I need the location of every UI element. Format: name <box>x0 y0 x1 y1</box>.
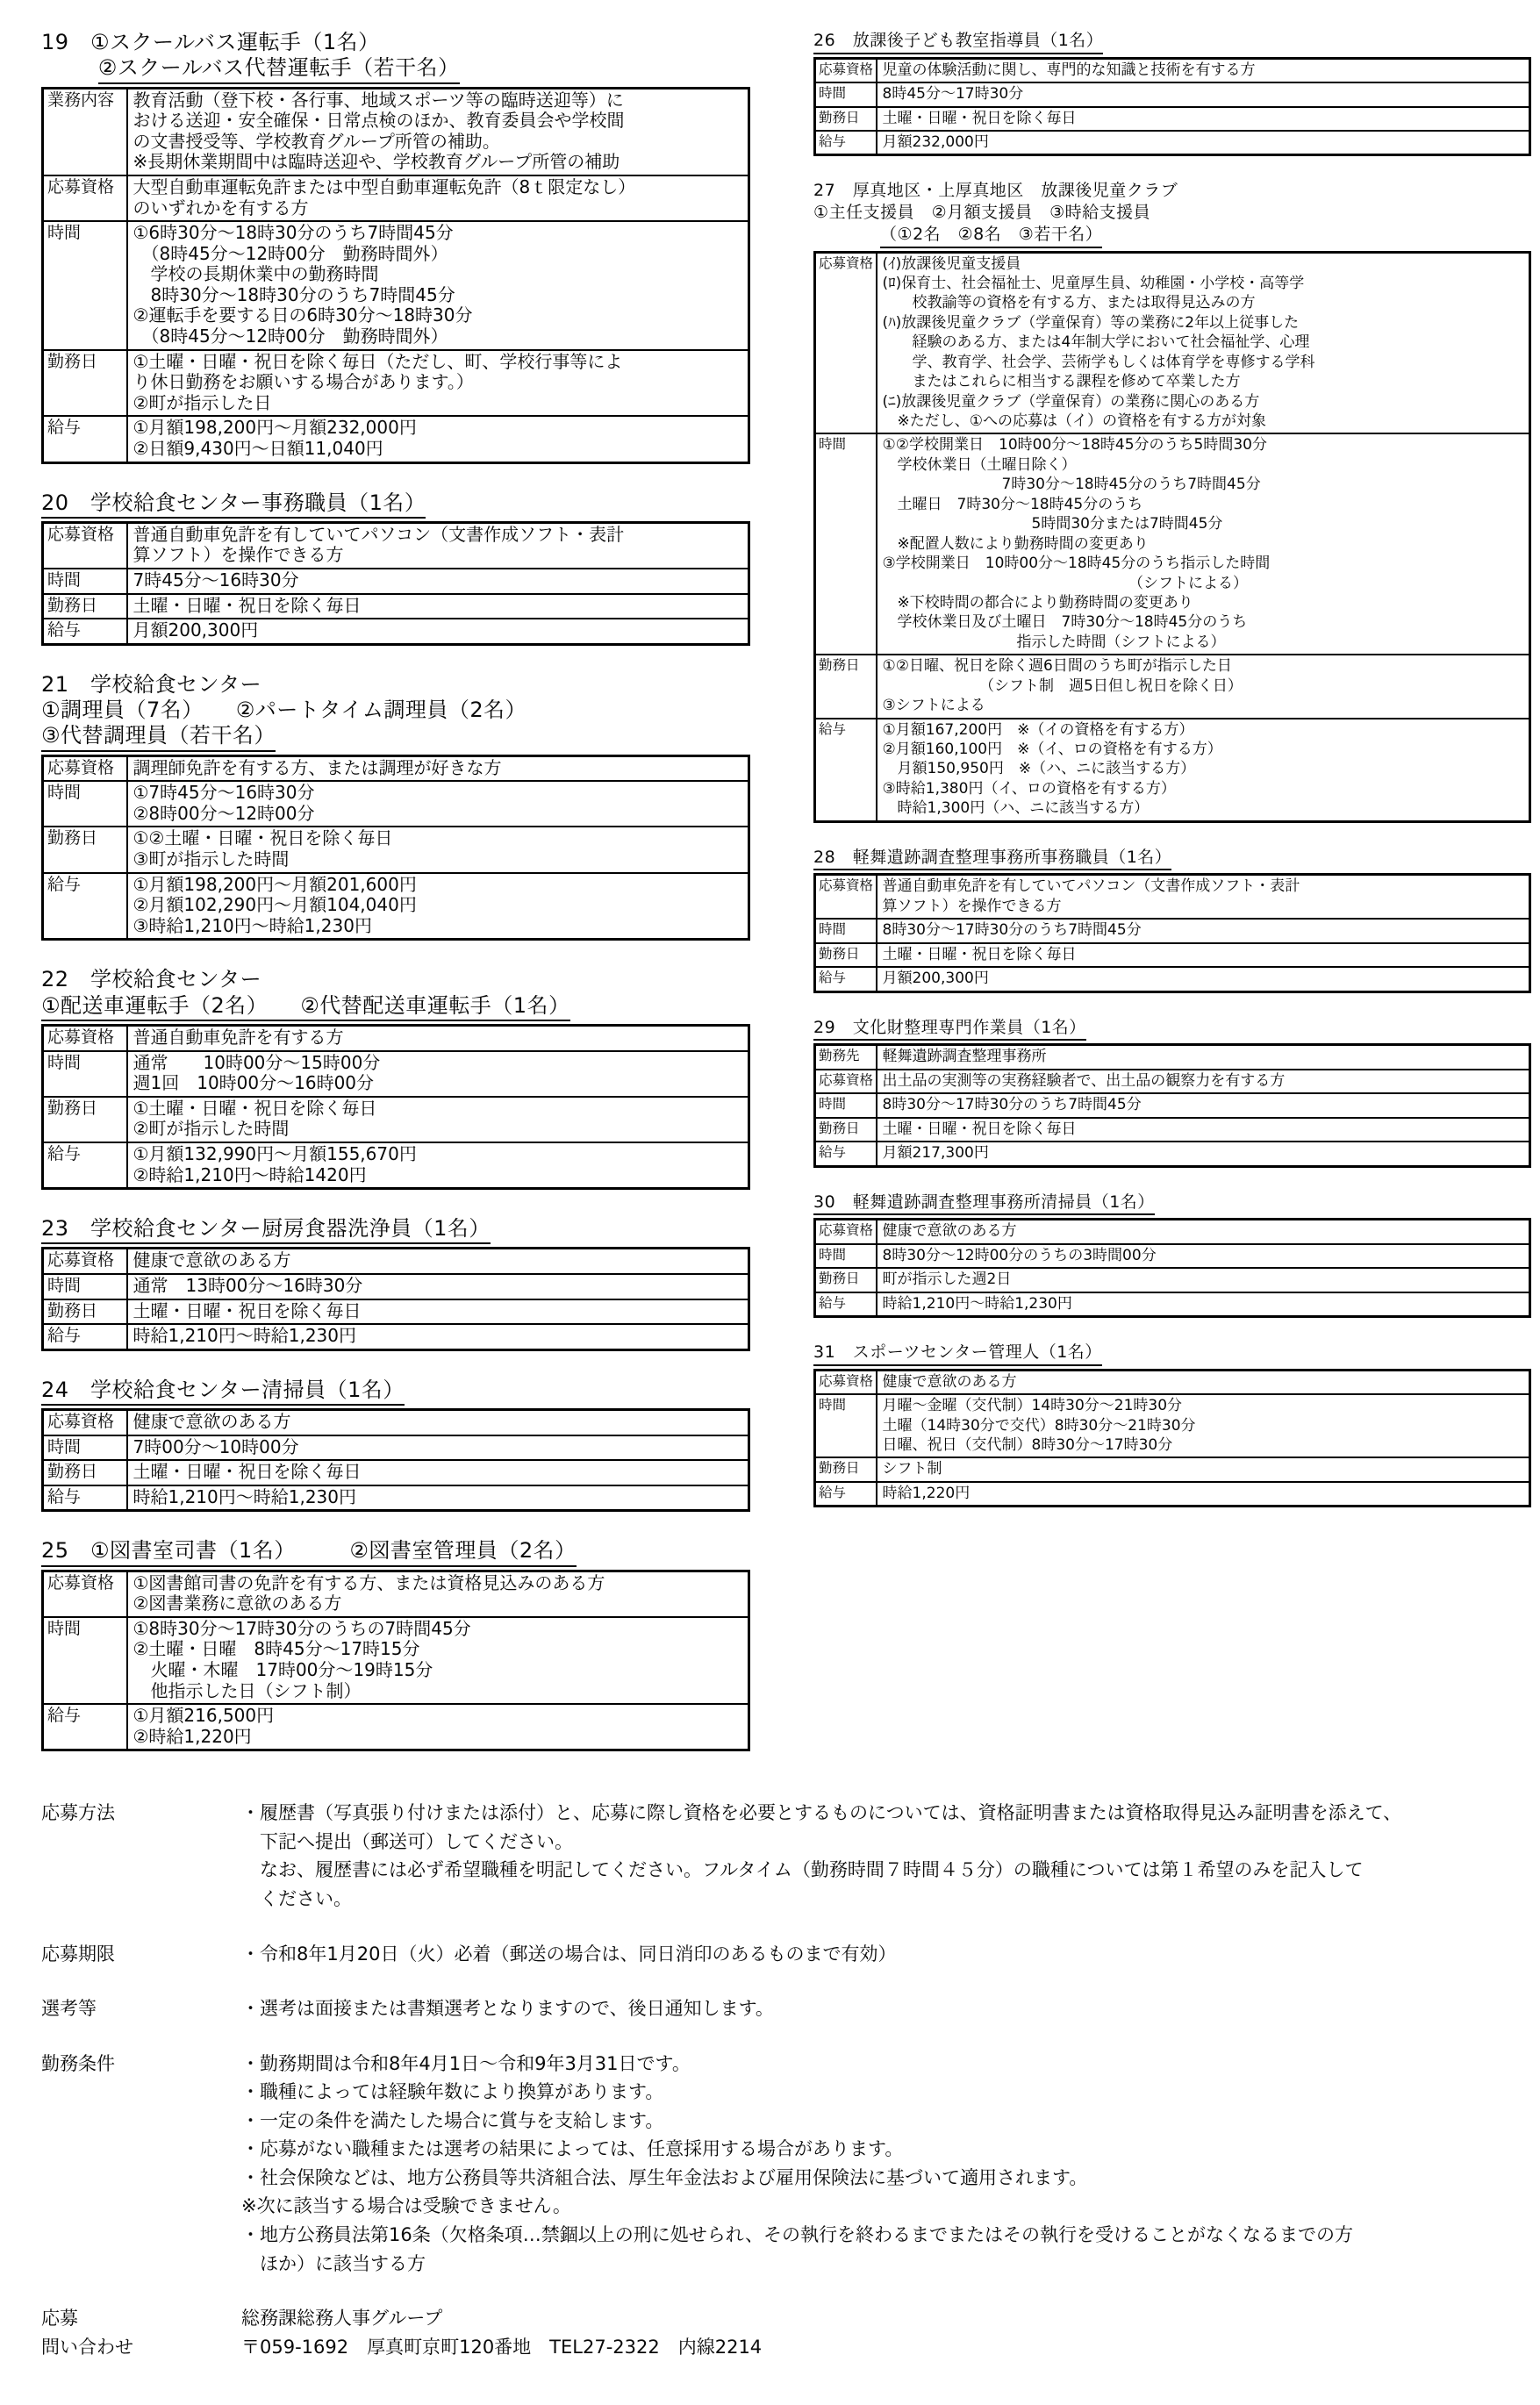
section-title: 24 学校給食センター清掃員（1名） <box>41 1378 750 1406</box>
section-title-line: 22 学校給食センター <box>41 967 750 992</box>
row-label: 応募資格 <box>815 252 877 433</box>
section-title: 21 学校給食センター①調理員（7名） ②パートタイム調理員（2名）③代替調理員… <box>41 672 750 752</box>
section-title-text: 19 ①スクールバス運転手（1名） <box>41 30 380 55</box>
row-content: 時給1,210円～時給1,230円 <box>127 1485 749 1511</box>
footer-row: 勤務条件・勤務期間は令和8年4月1日～令和9年3月31日です。 ・職種によっては… <box>41 2050 1496 2278</box>
table-row: 給与①月額216,500円 ②時給1,220円 <box>43 1704 749 1750</box>
table-row: 応募資格調理師免許を有する方、または調理が好きな方 <box>43 755 749 781</box>
application-info-footer: 応募方法・履歴書（写真張り付けまたは添付）と、応募に際し資格を必要とするものにつ… <box>41 1799 1531 2361</box>
table-row: 応募資格大型自動車運転免許または中型自動車運転免許（8ｔ限定なし） のいずれかを… <box>43 175 749 221</box>
row-content: 時給1,210円～時給1,230円 <box>127 1324 749 1349</box>
footer-row-label: 選考等 <box>41 1994 241 2023</box>
row-label: 給与 <box>43 416 127 462</box>
table-row: 応募資格普通自動車免許を有していてパソコン（文書作成ソフト・表計 算ソフト）を操… <box>815 875 1530 919</box>
job-section-29: 29 文化財整理専門作業員（1名）勤務先軽舞遺跡調査整理事務所応募資格出土品の実… <box>813 1017 1531 1168</box>
row-label: 給与 <box>43 1704 127 1750</box>
row-label: 給与 <box>815 1482 877 1507</box>
table-row: 給与時給1,210円～時給1,230円 <box>815 1292 1530 1317</box>
job-table: 応募資格健康で意欲のある方時間月曜～金曜（交代制）14時30分～21時30分 土… <box>813 1369 1531 1508</box>
row-label: 勤務日 <box>815 943 877 967</box>
job-table: 応募資格普通自動車免許を有していてパソコン（文書作成ソフト・表計 算ソフト）を操… <box>813 873 1531 992</box>
table-row: 時間①6時30分～18時30分のうち7時間45分 （8時45分～12時00分 勤… <box>43 221 749 350</box>
table-row: 応募資格(ｲ)放課後児童支援員 (ﾛ)保育士、社会福祉士、児童厚生員、幼稚園・小… <box>815 252 1530 433</box>
section-title-text: ①調理員（7名） ②パートタイム調理員（2名） <box>41 698 526 723</box>
row-label: 給与 <box>43 619 127 644</box>
table-row: 応募資格児童の体験活動に関し、専門的な知識と技術を有する方 <box>815 58 1530 82</box>
row-content: 教育活動（登下校・各行事、地域スポーツ等の臨時送迎等）に おける送迎・安全確保・… <box>127 88 749 175</box>
row-content: 7時00分～10時00分 <box>127 1435 749 1461</box>
row-label: 勤務日 <box>43 1460 127 1485</box>
row-content: シフト制 <box>877 1457 1530 1481</box>
section-title-line: ③代替調理員（若干名） <box>41 723 750 751</box>
row-label: 勤務日 <box>815 1268 877 1292</box>
table-row: 給与月額200,300円 <box>815 967 1530 991</box>
job-section-24: 24 学校給食センター清掃員（1名）応募資格健康で意欲のある方時間7時00分～1… <box>41 1378 750 1513</box>
row-content: ①8時30分～17時30分のうちの7時間45分 ②土曜・日曜 8時45分～17時… <box>127 1617 749 1704</box>
job-section-22: 22 学校給食センター①配送車運転手（2名） ②代替配送車運転手（1名）応募資格… <box>41 967 750 1190</box>
row-label: 時間 <box>815 82 877 106</box>
table-row: 応募資格①図書館司書の免許を有する方、または資格見込みのある方 ②図書業務に意欲… <box>43 1571 749 1617</box>
row-content: ①図書館司書の免許を有する方、または資格見込みのある方 ②図書業務に意欲のある方 <box>127 1571 749 1617</box>
row-label: 勤務日 <box>43 1299 127 1325</box>
footer-row-label: 勤務条件 <box>41 2050 241 2278</box>
section-title: 19 ①スクールバス運転手（1名）②スクールバス代替運転手（若干名） <box>41 30 750 84</box>
row-label: 勤務日 <box>815 107 877 131</box>
section-title-line: 25 ①図書室司書（1名） ②図書室管理員（2名） <box>41 1538 750 1566</box>
row-content: 出土品の実測等の実務経験者で、出土品の観察力を有する方 <box>877 1070 1530 1093</box>
row-label: 勤務日 <box>815 1457 877 1481</box>
row-content: 月額217,300円 <box>877 1142 1530 1166</box>
row-label: 勤務日 <box>43 350 127 417</box>
row-content: 町が指示した週2日 <box>877 1268 1530 1292</box>
table-row: 勤務日土曜・日曜・祝日を除く毎日 <box>815 943 1530 967</box>
section-title-text: （①2名 ②8名 ③若干名） <box>880 224 1102 248</box>
job-section-26: 26 放課後子ども教室指導員（1名）応募資格児童の体験活動に関し、専門的な知識と… <box>813 30 1531 156</box>
row-content: 軽舞遺跡調査整理事務所 <box>877 1045 1530 1070</box>
footer-row-text: 総務課総務人事グループ 〒059-1692 厚真町京町120番地 TEL27-2… <box>241 2304 1496 2361</box>
row-content: ①月額198,200円～月額232,000円 ②日額9,430円～日額11,04… <box>127 416 749 462</box>
row-content: 土曜・日曜・祝日を除く毎日 <box>127 1460 749 1485</box>
table-row: 勤務日①土曜・日曜・祝日を除く毎日 ②町が指示した時間 <box>43 1097 749 1142</box>
row-label: 応募資格 <box>815 58 877 82</box>
row-content: 8時30分～12時00分のうちの3時間00分 <box>877 1244 1530 1268</box>
row-content: 月額232,000円 <box>877 131 1530 155</box>
table-row: 給与時給1,220円 <box>815 1482 1530 1507</box>
row-label: 給与 <box>815 1292 877 1317</box>
row-content: ①月額167,200円 ※（イの資格を有する方） ②月額160,100円 ※（イ… <box>877 719 1530 822</box>
section-title-line: 28 軽舞遺跡調査整理事務所事務職員（1名） <box>813 847 1531 871</box>
table-row: 勤務先軽舞遺跡調査整理事務所 <box>815 1045 1530 1070</box>
row-label: 時間 <box>43 221 127 350</box>
row-content: 月曜～金曜（交代制）14時30分～21時30分 土曜（14時30分で交代）8時3… <box>877 1394 1530 1457</box>
job-section-27: 27 厚真地区・上厚真地区 放課後児童クラブ①主任支援員 ②月額支援員 ③時給支… <box>813 180 1531 822</box>
section-title: 25 ①図書室司書（1名） ②図書室管理員（2名） <box>41 1538 750 1566</box>
row-label: 時間 <box>43 781 127 827</box>
job-table: 勤務先軽舞遺跡調査整理事務所応募資格出土品の実測等の実務経験者で、出土品の観察力… <box>813 1043 1531 1167</box>
table-row: 勤務日土曜・日曜・祝日を除く毎日 <box>43 594 749 619</box>
footer-row-text: ・選考は面接または書類選考となりますので、後日通知します。 <box>241 1994 1496 2023</box>
row-label: 勤務日 <box>43 594 127 619</box>
section-title-text: ②スクールバス代替運転手（若干名） <box>98 55 460 83</box>
job-table: 応募資格①図書館司書の免許を有する方、または資格見込みのある方 ②図書業務に意欲… <box>41 1570 750 1752</box>
table-row: 給与時給1,210円～時給1,230円 <box>43 1324 749 1349</box>
row-content: 土曜・日曜・祝日を除く毎日 <box>127 1299 749 1325</box>
row-content: ①7時45分～16時30分 ②8時00分～12時00分 <box>127 781 749 827</box>
section-title-text: 28 軽舞遺跡調査整理事務所事務職員（1名） <box>813 847 1171 871</box>
section-title-line: ①調理員（7名） ②パートタイム調理員（2名） <box>41 698 750 723</box>
job-table: 応募資格健康で意欲のある方時間7時00分～10時00分勤務日土曜・日曜・祝日を除… <box>41 1408 750 1512</box>
table-row: 勤務日①②日曜、祝日を除く週6日間のうち町が指示した日 （シフト制 週5日但し祝… <box>815 655 1530 718</box>
row-label: 時間 <box>815 1394 877 1457</box>
table-row: 応募資格健康で意欲のある方 <box>815 1220 1530 1244</box>
row-content: 調理師免許を有する方、または調理が好きな方 <box>127 755 749 781</box>
table-row: 給与①月額132,990円～月額155,670円 ②時給1,210円～時給142… <box>43 1142 749 1189</box>
table-row: 応募資格普通自動車免許を有する方 <box>43 1025 749 1050</box>
section-title-line: 29 文化財整理専門作業員（1名） <box>813 1017 1531 1041</box>
table-row: 時間①8時30分～17時30分のうちの7時間45分 ②土曜・日曜 8時45分～1… <box>43 1617 749 1704</box>
job-table: 応募資格調理師免許を有する方、または調理が好きな方時間①7時45分～16時30分… <box>41 755 750 941</box>
section-title: 31 スポーツセンター管理人（1名） <box>813 1342 1531 1366</box>
row-content: 健康で意欲のある方 <box>877 1220 1530 1244</box>
row-label: 時間 <box>815 919 877 942</box>
section-title-text: 29 文化財整理専門作業員（1名） <box>813 1017 1086 1041</box>
row-content: ①②日曜、祝日を除く週6日間のうち町が指示した日 （シフト制 週5日但し祝日を除… <box>877 655 1530 718</box>
row-content: 土曜・日曜・祝日を除く毎日 <box>877 107 1530 131</box>
table-row: 応募資格健康で意欲のある方 <box>43 1410 749 1435</box>
table-row: 勤務日①②土曜・日曜・祝日を除く毎日 ③町が指示した時間 <box>43 827 749 872</box>
table-row: 勤務日シフト制 <box>815 1457 1530 1481</box>
row-content: ①月額132,990円～月額155,670円 ②時給1,210円～時給1420円 <box>127 1142 749 1189</box>
section-title-text: 24 学校給食センター清掃員（1名） <box>41 1378 405 1406</box>
job-section-30: 30 軽舞遺跡調査整理事務所清掃員（1名）応募資格健康で意欲のある方時間8時30… <box>813 1192 1531 1318</box>
section-title: 28 軽舞遺跡調査整理事務所事務職員（1名） <box>813 847 1531 871</box>
footer-row: 応募期限・令和8年1月20日（火）必着（郵送の場合は、同日消印のあるものまで有効… <box>41 1940 1496 1969</box>
row-content: 児童の体験活動に関し、専門的な知識と技術を有する方 <box>877 58 1530 82</box>
right-column: 26 放課後子ども教室指導員（1名）応募資格児童の体験活動に関し、専門的な知識と… <box>813 30 1531 1531</box>
row-label: 応募資格 <box>43 1410 127 1435</box>
table-row: 給与①月額167,200円 ※（イの資格を有する方） ②月額160,100円 ※… <box>815 719 1530 822</box>
row-label: 給与 <box>43 1142 127 1189</box>
section-title-line: ①配送車運転手（2名） ②代替配送車運転手（1名） <box>41 993 750 1021</box>
row-content: 土曜・日曜・祝日を除く毎日 <box>877 1118 1530 1142</box>
section-title-line: （①2名 ②8名 ③若干名） <box>813 224 1531 248</box>
section-title-text: 23 学校給食センター厨房食器洗浄員（1名） <box>41 1216 491 1244</box>
row-label: 給与 <box>43 873 127 940</box>
section-title-line: 21 学校給食センター <box>41 672 750 698</box>
table-row: 時間①7時45分～16時30分 ②8時00分～12時00分 <box>43 781 749 827</box>
row-content: 月額200,300円 <box>877 967 1530 991</box>
section-title-line: 24 学校給食センター清掃員（1名） <box>41 1378 750 1406</box>
table-row: 時間通常 13時00分～16時30分 <box>43 1274 749 1299</box>
section-title: 23 学校給食センター厨房食器洗浄員（1名） <box>41 1216 750 1244</box>
row-content: ①6時30分～18時30分のうち7時間45分 （8時45分～12時00分 勤務時… <box>127 221 749 350</box>
section-title-text: 22 学校給食センター <box>41 967 261 992</box>
table-row: 勤務日土曜・日曜・祝日を除く毎日 <box>815 107 1530 131</box>
section-title-text: 27 厚真地区・上厚真地区 放課後児童クラブ <box>813 180 1178 202</box>
row-label: 時間 <box>43 1274 127 1299</box>
section-title: 26 放課後子ども教室指導員（1名） <box>813 30 1531 54</box>
section-title-text: 21 学校給食センター <box>41 672 261 698</box>
row-content: (ｲ)放課後児童支援員 (ﾛ)保育士、社会福祉士、児童厚生員、幼稚園・小学校・高… <box>877 252 1530 433</box>
footer-row: 応募 問い合わせ総務課総務人事グループ 〒059-1692 厚真町京町120番地… <box>41 2304 1496 2361</box>
section-title: 29 文化財整理専門作業員（1名） <box>813 1017 1531 1041</box>
section-title-line: 26 放課後子ども教室指導員（1名） <box>813 30 1531 54</box>
row-label: 給与 <box>43 1324 127 1349</box>
row-content: 普通自動車免許を有する方 <box>127 1025 749 1050</box>
row-label: 時間 <box>43 1051 127 1097</box>
footer-row-label: 応募 問い合わせ <box>41 2304 241 2361</box>
section-title: 30 軽舞遺跡調査整理事務所清掃員（1名） <box>813 1192 1531 1216</box>
job-section-25: 25 ①図書室司書（1名） ②図書室管理員（2名）応募資格①図書館司書の免許を有… <box>41 1538 750 1751</box>
row-content: ①②学校開業日 10時00分～18時45分のうち5時間30分 学校休業日（土曜日… <box>877 433 1530 655</box>
job-section-31: 31 スポーツセンター管理人（1名）応募資格健康で意欲のある方時間月曜～金曜（交… <box>813 1342 1531 1507</box>
row-content: 8時30分～17時30分のうち7時間45分 <box>877 919 1530 942</box>
row-content: 8時45分～17時30分 <box>877 82 1530 106</box>
row-content: 8時30分～17時30分のうち7時間45分 <box>877 1093 1530 1117</box>
row-content: 土曜・日曜・祝日を除く毎日 <box>127 594 749 619</box>
row-label: 時間 <box>815 433 877 655</box>
section-title-text: 26 放課後子ども教室指導員（1名） <box>813 30 1103 54</box>
row-label: 業務内容 <box>43 88 127 175</box>
job-table: 応募資格普通自動車免許を有する方時間通常 10時00分～15時00分 週1回 1… <box>41 1024 750 1190</box>
row-label: 時間 <box>43 1435 127 1461</box>
table-row: 時間8時45分～17時30分 <box>815 82 1530 106</box>
job-table: 応募資格健康で意欲のある方時間8時30分～12時00分のうちの3時間00分勤務日… <box>813 1218 1531 1318</box>
section-title-line: 27 厚真地区・上厚真地区 放課後児童クラブ <box>813 180 1531 202</box>
job-section-20: 20 学校給食センター事務職員（1名）応募資格普通自動車免許を有していてパソコン… <box>41 490 750 646</box>
table-row: 給与月額232,000円 <box>815 131 1530 155</box>
section-title-text: 25 ①図書室司書（1名） ②図書室管理員（2名） <box>41 1538 577 1566</box>
row-content: 大型自動車運転免許または中型自動車運転免許（8ｔ限定なし） のいずれかを有する方 <box>127 175 749 221</box>
job-table: 応募資格児童の体験活動に関し、専門的な知識と技術を有する方時間8時45分～17時… <box>813 57 1531 157</box>
row-label: 応募資格 <box>43 1025 127 1050</box>
row-content: 健康で意欲のある方 <box>127 1410 749 1435</box>
table-row: 給与月額217,300円 <box>815 1142 1530 1166</box>
row-label: 勤務先 <box>815 1045 877 1070</box>
table-row: 勤務日町が指示した週2日 <box>815 1268 1530 1292</box>
row-content: 健康で意欲のある方 <box>877 1370 1530 1394</box>
table-row: 勤務日土曜・日曜・祝日を除く毎日 <box>43 1299 749 1325</box>
row-content: 通常 10時00分～15時00分 週1回 10時00分～16時00分 <box>127 1051 749 1097</box>
table-row: 勤務日土曜・日曜・祝日を除く毎日 <box>43 1460 749 1485</box>
row-label: 時間 <box>815 1093 877 1117</box>
section-title-line: 20 学校給食センター事務職員（1名） <box>41 490 750 519</box>
table-row: 応募資格健康で意欲のある方 <box>43 1249 749 1274</box>
row-label: 応募資格 <box>43 1249 127 1274</box>
job-section-23: 23 学校給食センター厨房食器洗浄員（1名）応募資格健康で意欲のある方時間通常 … <box>41 1216 750 1351</box>
row-label: 時間 <box>815 1244 877 1268</box>
row-label: 時間 <box>43 569 127 594</box>
section-title-line: ②スクールバス代替運転手（若干名） <box>41 55 750 83</box>
section-title: 20 学校給食センター事務職員（1名） <box>41 490 750 519</box>
job-table: 業務内容教育活動（登下校・各行事、地域スポーツ等の臨時送迎等）に おける送迎・安… <box>41 87 750 464</box>
row-content: 時給1,210円～時給1,230円 <box>877 1292 1530 1317</box>
row-content: ①②土曜・日曜・祝日を除く毎日 ③町が指示した時間 <box>127 827 749 872</box>
row-label: 応募資格 <box>43 522 127 569</box>
row-label: 応募資格 <box>815 1370 877 1394</box>
row-label: 給与 <box>815 1142 877 1166</box>
job-table: 応募資格健康で意欲のある方時間通常 13時00分～16時30分勤務日土曜・日曜・… <box>41 1247 750 1350</box>
job-table: 応募資格普通自動車免許を有していてパソコン（文書作成ソフト・表計 算ソフト）を操… <box>41 521 750 646</box>
table-row: 時間8時30分～17時30分のうち7時間45分 <box>815 919 1530 942</box>
table-row: 給与月額200,300円 <box>43 619 749 644</box>
table-row: 時間7時45分～16時30分 <box>43 569 749 594</box>
table-row: 給与時給1,210円～時給1,230円 <box>43 1485 749 1511</box>
left-column: 19 ①スクールバス運転手（1名）②スクールバス代替運転手（若干名）業務内容教育… <box>41 30 750 1778</box>
footer-row-text: ・勤務期間は令和8年4月1日～令和9年3月31日です。 ・職種によっては経験年数… <box>241 2050 1496 2278</box>
table-row: 給与①月額198,200円～月額232,000円 ②日額9,430円～日額11,… <box>43 416 749 462</box>
row-label: 応募資格 <box>43 1571 127 1617</box>
row-content: 健康で意欲のある方 <box>127 1249 749 1274</box>
section-title-line: 19 ①スクールバス運転手（1名） <box>41 30 750 55</box>
job-section-21: 21 学校給食センター①調理員（7名） ②パートタイム調理員（2名）③代替調理員… <box>41 672 750 941</box>
table-row: 時間①②学校開業日 10時00分～18時45分のうち5時間30分 学校休業日（土… <box>815 433 1530 655</box>
row-label: 応募資格 <box>815 1070 877 1093</box>
table-row: 時間通常 10時00分～15時00分 週1回 10時00分～16時00分 <box>43 1051 749 1097</box>
row-label: 応募資格 <box>43 755 127 781</box>
row-content: ①月額216,500円 ②時給1,220円 <box>127 1704 749 1750</box>
table-row: 時間月曜～金曜（交代制）14時30分～21時30分 土曜（14時30分で交代）8… <box>815 1394 1530 1457</box>
table-row: 時間7時00分～10時00分 <box>43 1435 749 1461</box>
row-label: 勤務日 <box>815 655 877 718</box>
footer-row: 応募方法・履歴書（写真張り付けまたは添付）と、応募に際し資格を必要とするものにつ… <box>41 1799 1496 1913</box>
section-title-text: 20 学校給食センター事務職員（1名） <box>41 490 426 519</box>
footer-row-label: 応募期限 <box>41 1940 241 1969</box>
section-title-text: 30 軽舞遺跡調査整理事務所清掃員（1名） <box>813 1192 1155 1216</box>
section-title: 22 学校給食センター①配送車運転手（2名） ②代替配送車運転手（1名） <box>41 967 750 1021</box>
table-row: 業務内容教育活動（登下校・各行事、地域スポーツ等の臨時送迎等）に おける送迎・安… <box>43 88 749 175</box>
row-content: 7時45分～16時30分 <box>127 569 749 594</box>
footer-row: 選考等・選考は面接または書類選考となりますので、後日通知します。 <box>41 1994 1496 2023</box>
table-row: 勤務日①土曜・日曜・祝日を除く毎日（ただし、町、学校行事等によ り休日勤務をお願… <box>43 350 749 417</box>
row-content: 月額200,300円 <box>127 619 749 644</box>
table-row: 勤務日土曜・日曜・祝日を除く毎日 <box>815 1118 1530 1142</box>
job-section-28: 28 軽舞遺跡調査整理事務所事務職員（1名）応募資格普通自動車免許を有していてパ… <box>813 847 1531 993</box>
row-content: 時給1,220円 <box>877 1482 1530 1507</box>
row-label: 勤務日 <box>43 1097 127 1142</box>
section-title-line: 31 スポーツセンター管理人（1名） <box>813 1342 1531 1366</box>
section-title: 27 厚真地区・上厚真地区 放課後児童クラブ①主任支援員 ②月額支援員 ③時給支… <box>813 180 1531 247</box>
row-label: 応募資格 <box>815 1220 877 1244</box>
document-page: 19 ①スクールバス運転手（1名）②スクールバス代替運転手（若干名）業務内容教育… <box>0 0 1540 2405</box>
job-table: 応募資格(ｲ)放課後児童支援員 (ﾛ)保育士、社会福祉士、児童厚生員、幼稚園・小… <box>813 251 1531 823</box>
footer-row-text: ・履歴書（写真張り付けまたは添付）と、応募に際し資格を必要とするものについては、… <box>241 1799 1496 1913</box>
job-section-19: 19 ①スクールバス運転手（1名）②スクールバス代替運転手（若干名）業務内容教育… <box>41 30 750 464</box>
row-label: 時間 <box>43 1617 127 1704</box>
table-row: 時間8時30分～12時00分のうちの3時間00分 <box>815 1244 1530 1268</box>
row-label: 勤務日 <box>43 827 127 872</box>
section-title-line: 30 軽舞遺跡調査整理事務所清掃員（1名） <box>813 1192 1531 1216</box>
row-content: 通常 13時00分～16時30分 <box>127 1274 749 1299</box>
row-content: 普通自動車免許を有していてパソコン（文書作成ソフト・表計 算ソフト）を操作できる… <box>877 875 1530 919</box>
row-label: 応募資格 <box>43 175 127 221</box>
table-row: 応募資格出土品の実測等の実務経験者で、出土品の観察力を有する方 <box>815 1070 1530 1093</box>
row-label: 給与 <box>815 131 877 155</box>
section-title-line: 23 学校給食センター厨房食器洗浄員（1名） <box>41 1216 750 1244</box>
section-title-text: ①配送車運転手（2名） ②代替配送車運転手（1名） <box>41 993 570 1021</box>
table-row: 時間8時30分～17時30分のうち7時間45分 <box>815 1093 1530 1117</box>
row-label: 応募資格 <box>815 875 877 919</box>
section-title-text: ①主任支援員 ②月額支援員 ③時給支援員 <box>813 202 1150 224</box>
row-content: 土曜・日曜・祝日を除く毎日 <box>877 943 1530 967</box>
footer-row-text: ・令和8年1月20日（火）必着（郵送の場合は、同日消印のあるものまで有効） <box>241 1940 1496 1969</box>
row-content: 普通自動車免許を有していてパソコン（文書作成ソフト・表計 算ソフト）を操作できる… <box>127 522 749 569</box>
row-content: ①土曜・日曜・祝日を除く毎日（ただし、町、学校行事等によ り休日勤務をお願いする… <box>127 350 749 417</box>
row-label: 給与 <box>43 1485 127 1511</box>
section-title-text: 31 スポーツセンター管理人（1名） <box>813 1342 1102 1366</box>
table-row: 応募資格普通自動車免許を有していてパソコン（文書作成ソフト・表計 算ソフト）を操… <box>43 522 749 569</box>
row-label: 給与 <box>815 967 877 991</box>
row-label: 給与 <box>815 719 877 822</box>
job-columns: 19 ①スクールバス運転手（1名）②スクールバス代替運転手（若干名）業務内容教育… <box>41 30 1531 1778</box>
row-content: ①月額198,200円～月額201,600円 ②月額102,290円～月額104… <box>127 873 749 940</box>
table-row: 給与①月額198,200円～月額201,600円 ②月額102,290円～月額1… <box>43 873 749 940</box>
section-title-text: ③代替調理員（若干名） <box>41 723 276 751</box>
footer-row-label: 応募方法 <box>41 1799 241 1913</box>
row-label: 勤務日 <box>815 1118 877 1142</box>
section-title-line: ①主任支援員 ②月額支援員 ③時給支援員 <box>813 202 1531 224</box>
table-row: 応募資格健康で意欲のある方 <box>815 1370 1530 1394</box>
row-content: ①土曜・日曜・祝日を除く毎日 ②町が指示した時間 <box>127 1097 749 1142</box>
